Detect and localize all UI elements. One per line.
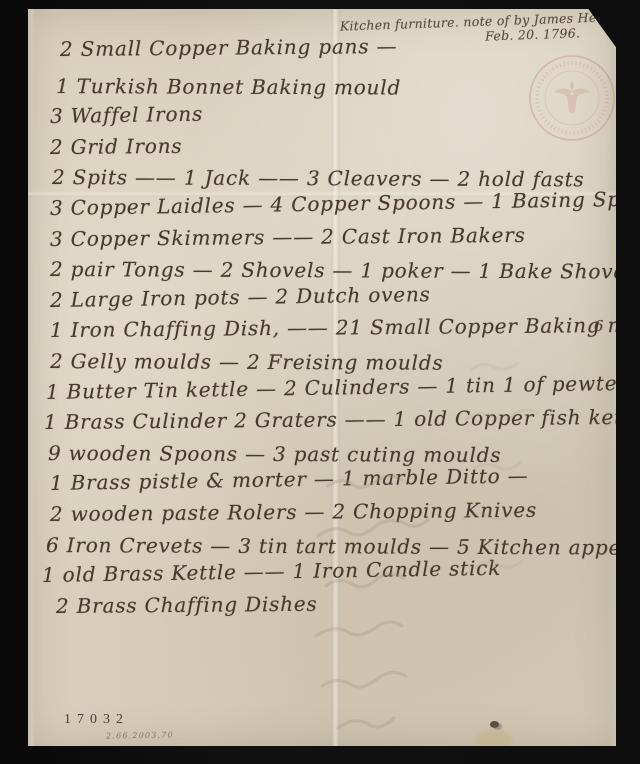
ink-spot bbox=[490, 721, 499, 728]
manuscript-page: Kitchen furniture. note of by James Hemi… bbox=[28, 9, 616, 746]
photo-background: Kitchen furniture. note of by James Hemi… bbox=[0, 0, 640, 764]
manuscript-line: 2 Small Copper Baking pans — bbox=[60, 29, 616, 64]
paper-left-edge bbox=[28, 9, 35, 746]
manuscript-line: 2 Grid Irons bbox=[50, 127, 616, 163]
pencil-notation: 2.66.2003.70 bbox=[106, 730, 174, 740]
superscript-note: 6 bbox=[594, 317, 604, 335]
catalog-number: 17032 bbox=[64, 712, 129, 728]
manuscript-line: 3 Copper Skimmers —— 2 Cast Iron Bakers bbox=[50, 219, 616, 255]
paper-stain bbox=[476, 729, 512, 746]
ink-bleedthrough-upper bbox=[452, 339, 612, 599]
